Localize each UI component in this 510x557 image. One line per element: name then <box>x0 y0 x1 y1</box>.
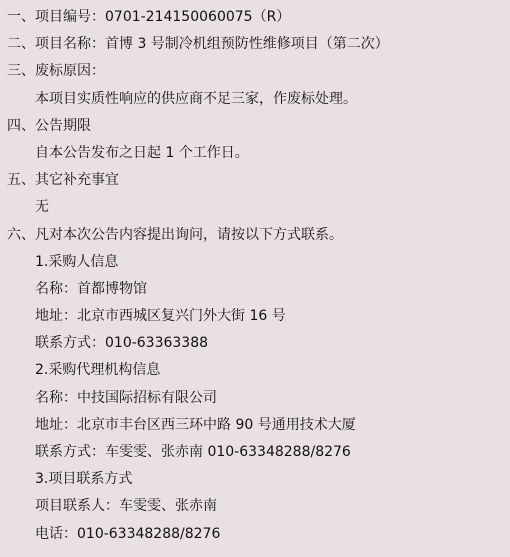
section-heading: 四、公告期限 <box>0 113 510 140</box>
project-contact-phone: 电话：010-63348288/8276 <box>0 521 510 548</box>
agency-name: 名称：中技国际招标有限公司 <box>0 385 510 412</box>
agency-title: 2.采购代理机构信息 <box>0 357 510 384</box>
purchaser-contact: 联系方式：010-63363388 <box>0 330 510 357</box>
purchaser-address: 地址：北京市西城区复兴门外大街 16 号 <box>0 303 510 330</box>
rejection-reason: 本项目实质性响应的供应商不足三家，作废标处理。 <box>0 86 510 113</box>
project-number: 0701-214150060075（R） <box>105 9 290 25</box>
project-number-line: 一、项目编号：0701-214150060075（R） <box>0 4 510 31</box>
agency-address: 地址：北京市丰台区西三环中路 90 号通用技术大厦 <box>0 412 510 439</box>
purchaser-title: 1.采购人信息 <box>0 249 510 276</box>
agency-contact: 联系方式：车雯雯、张赤南 010-63348288/8276 <box>0 439 510 466</box>
project-name: 首博 3 号制冷机组预防性维修项目（第二次） <box>105 36 389 52</box>
section-heading: 六、凡对本次公告内容提出询问，请按以下方式联系。 <box>0 222 510 249</box>
project-contact-person: 项目联系人：车雯雯、张赤南 <box>0 493 510 520</box>
project-name-line: 二、项目名称：首博 3 号制冷机组预防性维修项目（第二次） <box>0 31 510 58</box>
other-matters: 无 <box>0 194 510 221</box>
section-heading: 三、废标原因： <box>0 58 510 85</box>
announcement-document: 一、项目编号：0701-214150060075（R） 二、项目名称：首博 3 … <box>0 0 510 548</box>
section-heading: 一、项目编号： <box>7 9 105 25</box>
section-heading: 五、其它补充事宜 <box>0 167 510 194</box>
announcement-period: 自本公告发布之日起 1 个工作日。 <box>0 140 510 167</box>
project-contact-title: 3.项目联系方式 <box>0 466 510 493</box>
purchaser-name: 名称：首都博物馆 <box>0 276 510 303</box>
section-heading: 二、项目名称： <box>7 36 105 52</box>
